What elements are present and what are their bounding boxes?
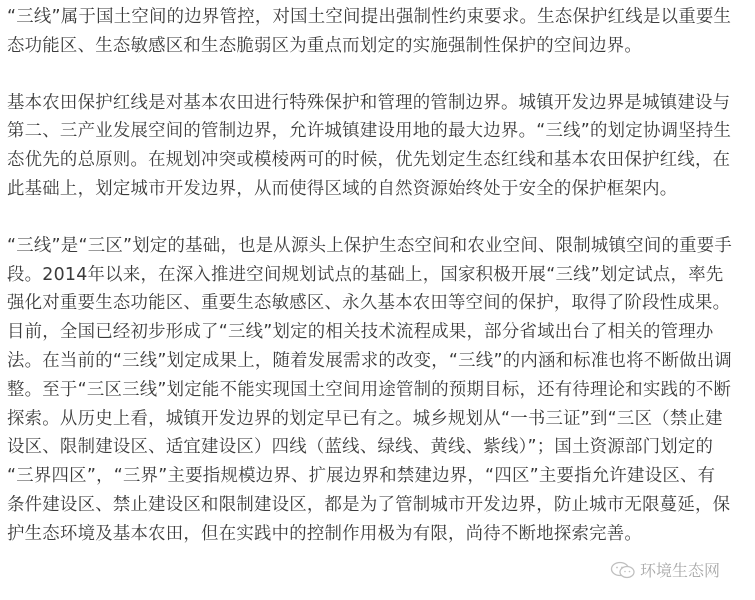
text-line: 设区、限制建设区、适宜建设区）四线（蓝线、绿线、黄线、紫线）”；国土资源部门划定… xyxy=(7,433,752,462)
text-line: 第二、三产业发展空间的管制边界，允许城镇建设用地的最大边界。“三线”的划定协调坚… xyxy=(7,117,752,146)
text-line: 护生态环境及基本农田，但在实践中的控制作用极为有限，尚待不断地探索完善。 xyxy=(7,520,752,549)
text-line: 态优先的总原则。在规划冲突或模棱两可的时候，优先划定生态红线和基本农田保护红线，… xyxy=(7,146,752,175)
text-line: 段。2014年以来，在深入推进空间规划试点的基础上，国家积极开展“三线”划定试点… xyxy=(7,261,752,290)
text-line: 基本农田保护红线是对基本农田进行特殊保护和管理的管制边界。城镇开发边界是城镇建设… xyxy=(7,89,752,118)
paragraph-2: 基本农田保护红线是对基本农田进行特殊保护和管理的管制边界。城镇开发边界是城镇建设… xyxy=(7,89,752,204)
text-line: 目前，全国已经初步形成了“三线”划定的相关技术流程成果，部分省域出台了相关的管理… xyxy=(7,318,752,347)
text-line: 条件建设区、禁止建设区和限制建设区，都是为了管制城市开发边界，防止城市无限蔓延，… xyxy=(7,491,752,520)
text-line: 法。在当前的“三线”划定成果上，随着发展需求的改变，“三线”的内涵和标准也将不断… xyxy=(7,347,752,376)
text-line: 探索。从历史上看，城镇开发边界的划定早已有之。城乡规划从“一书三证”到“三区（禁… xyxy=(7,405,752,434)
wechat-icon xyxy=(610,560,636,580)
text-line: “三线”是“三区”划定的基础，也是从源头上保护生态空间和农业空间、限制城镇空间的… xyxy=(7,232,752,261)
text-line: 强化对重要生态功能区、重要生态敏感区、永久基本农田等空间的保护，取得了阶段性成果… xyxy=(7,289,752,318)
text-line: 态功能区、生态敏感区和生态脆弱区为重点而划定的实施强制性保护的空间边界。 xyxy=(7,32,752,61)
source-watermark: 环境生态网 xyxy=(610,558,720,581)
paragraph-1: “三线”属于国土空间的边界管控，对国土空间提出强制性约束要求。生态保护红线是以重… xyxy=(7,3,752,61)
article-body: “三线”属于国土空间的边界管控，对国土空间提出强制性约束要求。生态保护红线是以重… xyxy=(7,3,752,577)
text-line: “三线”属于国土空间的边界管控，对国土空间提出强制性约束要求。生态保护红线是以重… xyxy=(7,3,752,32)
text-line: 此基础上，划定城市开发边界，从而使得区域的自然资源始终处于安全的保护框架内。 xyxy=(7,175,752,204)
paragraph-3: “三线”是“三区”划定的基础，也是从源头上保护生态空间和农业空间、限制城镇空间的… xyxy=(7,232,752,549)
text-line: 整。至于“三区三线”划定能不能实现国土空间用途管制的预期目标，还有待理论和实践的… xyxy=(7,376,752,405)
text-line: “三界四区”，“三界”主要指规模边界、扩展边界和禁建边界，“四区”主要指允许建设… xyxy=(7,462,752,491)
watermark-text: 环境生态网 xyxy=(640,558,720,581)
